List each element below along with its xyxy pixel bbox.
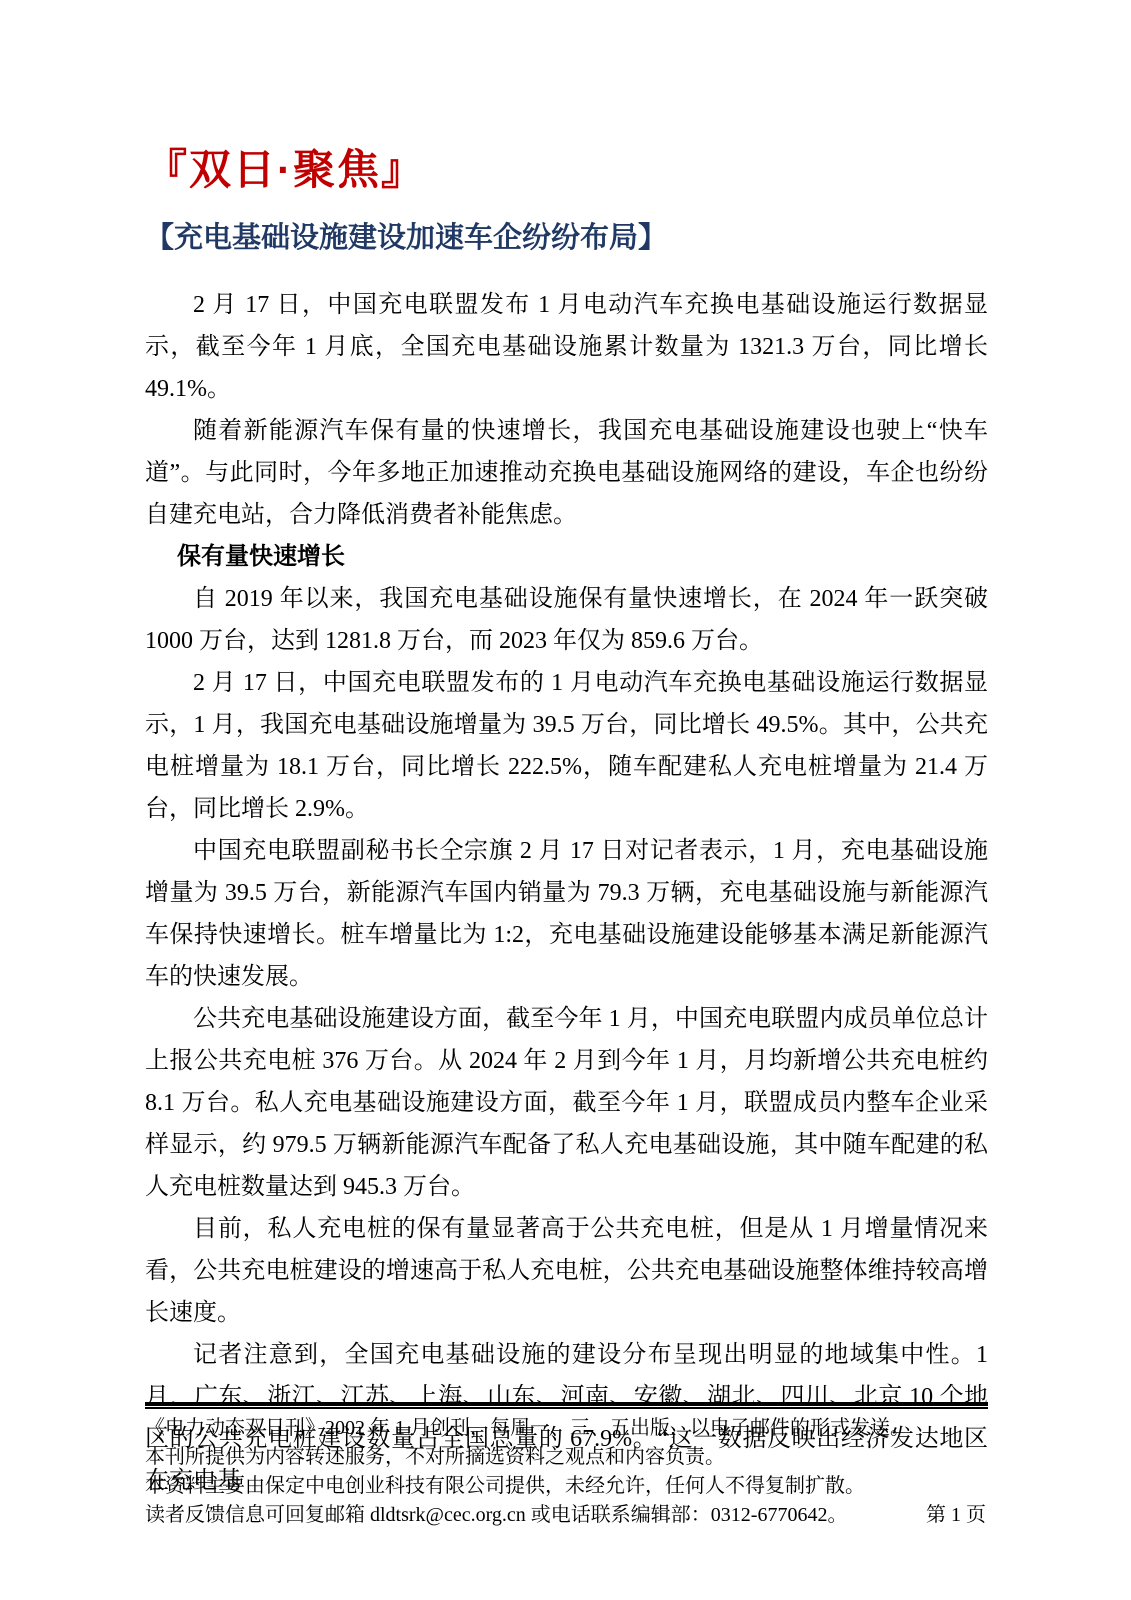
footer-feedback-line: 读者反馈信息可回复邮箱 dldtsrk@cec.org.cn 或电话联系编辑部：… (145, 1501, 847, 1530)
footer-note-line: 本刊所提供为内容转述服务，不对所摘选资料之观点和内容负责。 (145, 1443, 988, 1472)
body-paragraph: 自 2019 年以来，我国充电基础设施保有量快速增长，在 2024 年一跃突破 … (145, 578, 988, 662)
masthead-title: 『双日·聚焦』 (145, 146, 988, 194)
footer-last-row: 读者反馈信息可回复邮箱 dldtsrk@cec.org.cn 或电话联系编辑部：… (145, 1501, 988, 1530)
document-page: 『双日·聚焦』 【充电基础设施建设加速车企纷纷布局】 2 月 17 日，中国充电… (0, 0, 1131, 1600)
page-footer: 《电力动态双日刊》2002 年 1 月创刊，每周一、三、五出版，以电子邮件的形式… (145, 1402, 988, 1530)
footer-notes: 《电力动态双日刊》2002 年 1 月创刊，每周一、三、五出版，以电子邮件的形式… (145, 1414, 988, 1501)
section-heading: 保有量快速增长 (145, 536, 988, 578)
body-paragraph: 中国充电联盟副秘书长仝宗旗 2 月 17 日对记者表示，1 月，充电基础设施增量… (145, 830, 988, 998)
body-paragraph: 公共充电基础设施建设方面，截至今年 1 月，中国充电联盟内成员单位总计上报公共充… (145, 998, 988, 1208)
footer-note-line: 《电力动态双日刊》2002 年 1 月创刊，每周一、三、五出版，以电子邮件的形式… (145, 1414, 988, 1443)
body-paragraph: 随着新能源汽车保有量的快速增长，我国充电基础设施建设也驶上“快车道”。与此同时，… (145, 410, 988, 536)
body-paragraph: 2 月 17 日，中国充电联盟发布的 1 月电动汽车充换电基础设施运行数据显示，… (145, 662, 988, 830)
page-content: 『双日·聚焦』 【充电基础设施建设加速车企纷纷布局】 2 月 17 日，中国充电… (145, 0, 988, 1502)
footer-double-rule (145, 1402, 988, 1409)
body-paragraph: 目前，私人充电桩的保有量显著高于公共充电桩，但是从 1 月增量情况来看，公共充电… (145, 1208, 988, 1334)
article-body: 2 月 17 日，中国充电联盟发布 1 月电动汽车充换电基础设施运行数据显示，截… (145, 284, 988, 1502)
footer-note-line: 本资料主要由保定中电创业科技有限公司提供，未经允许，任何人不得复制扩散。 (145, 1472, 988, 1501)
article-headline: 【充电基础设施建设加速车企纷纷布局】 (145, 218, 988, 258)
body-paragraph: 2 月 17 日，中国充电联盟发布 1 月电动汽车充换电基础设施运行数据显示，截… (145, 284, 988, 410)
page-number: 第 1 页 (926, 1501, 988, 1530)
